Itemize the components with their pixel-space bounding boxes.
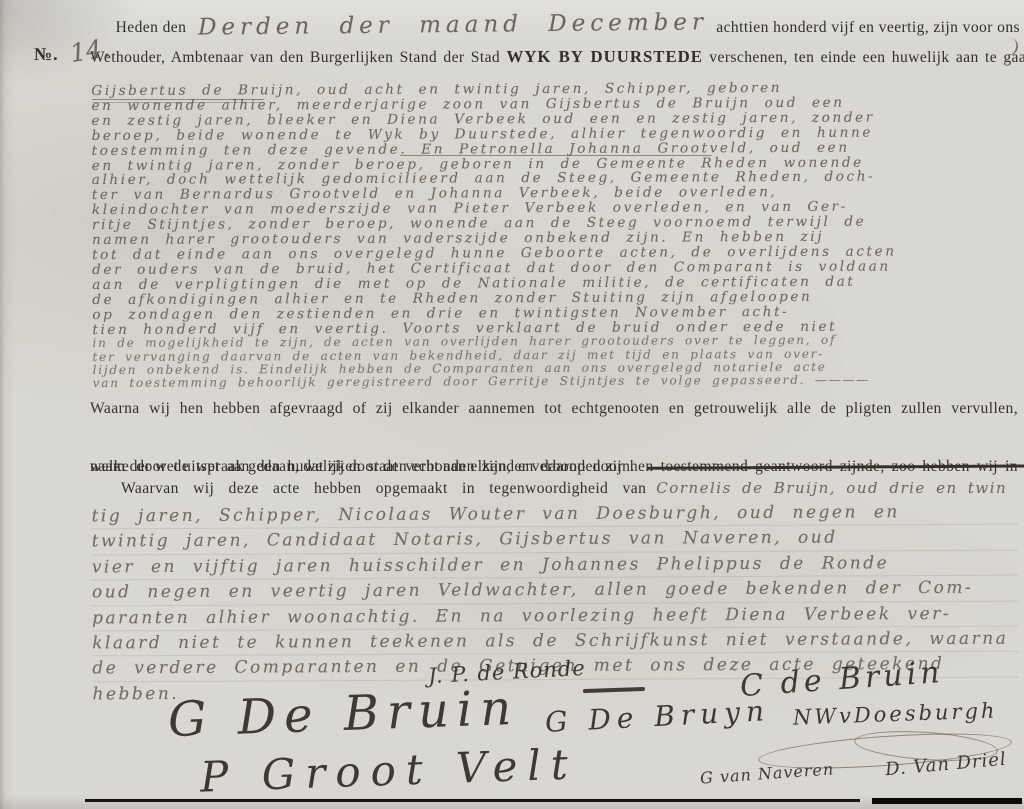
signature-p-groot-velt: P Groot Velt <box>199 739 578 801</box>
closing-rule <box>647 463 1024 470</box>
scan-bottom-edge-left <box>85 799 860 802</box>
signature-nwvdoesburgh: NWvDoesburgh <box>793 698 998 729</box>
closing-last-line: naam der wet uitspraak gedaan, dat zij d… <box>90 452 1024 481</box>
opening-prefix: Heden den <box>116 19 187 37</box>
opening-line2-post: verschenen, ten einde een huwelijk aan t… <box>709 49 1024 66</box>
closing-last-text: naam der wet uitspraak gedaan, dat zij d… <box>90 458 635 475</box>
handwritten-line: van toestemming behoorlijk geregistreerd… <box>93 373 1019 390</box>
city-name: WYK BY DUURSTEDE <box>506 47 703 66</box>
signature-flourish <box>758 730 1024 772</box>
opening-suffix: achttien honderd vijf en veertig, zijn v… <box>716 19 1020 37</box>
attestation-handwritten: Cornelis de Bruijn, oud drie en twin <box>656 479 1007 497</box>
marriage-record-scan: №. 14. Heden den Derden der maand Decemb… <box>0 0 1024 809</box>
scan-bottom-edge-right <box>872 798 1022 804</box>
opening-line2-pre: Wethouder, Ambtenaar van den Burgerlijke… <box>90 49 500 66</box>
signature-g-de-bruin: G De Bruin <box>167 680 520 748</box>
handwritten-body: Gijsbertus de Bruijn, oud acht en twinti… <box>91 80 1018 390</box>
opening-line-2: Wethouder, Ambtenaar van den Burgerlijke… <box>90 47 1024 67</box>
attestation-prefix: Waarvan wij deze acte hebben opgemaakt i… <box>121 480 646 497</box>
handwritten-date: Derden der maand December <box>198 9 708 40</box>
opening-line-1: Heden den Derden der maand December acht… <box>90 12 1020 38</box>
printed-line: Waarna wij hen hebben afgevraagd of zij … <box>90 394 1018 452</box>
margin-number-label: №. <box>34 44 59 65</box>
underline-groom-name-2 <box>92 102 264 103</box>
handwritten-line: hebben. <box>92 682 179 707</box>
attestation-line: Waarvan wij deze acte hebben opgemaakt i… <box>90 479 1007 498</box>
